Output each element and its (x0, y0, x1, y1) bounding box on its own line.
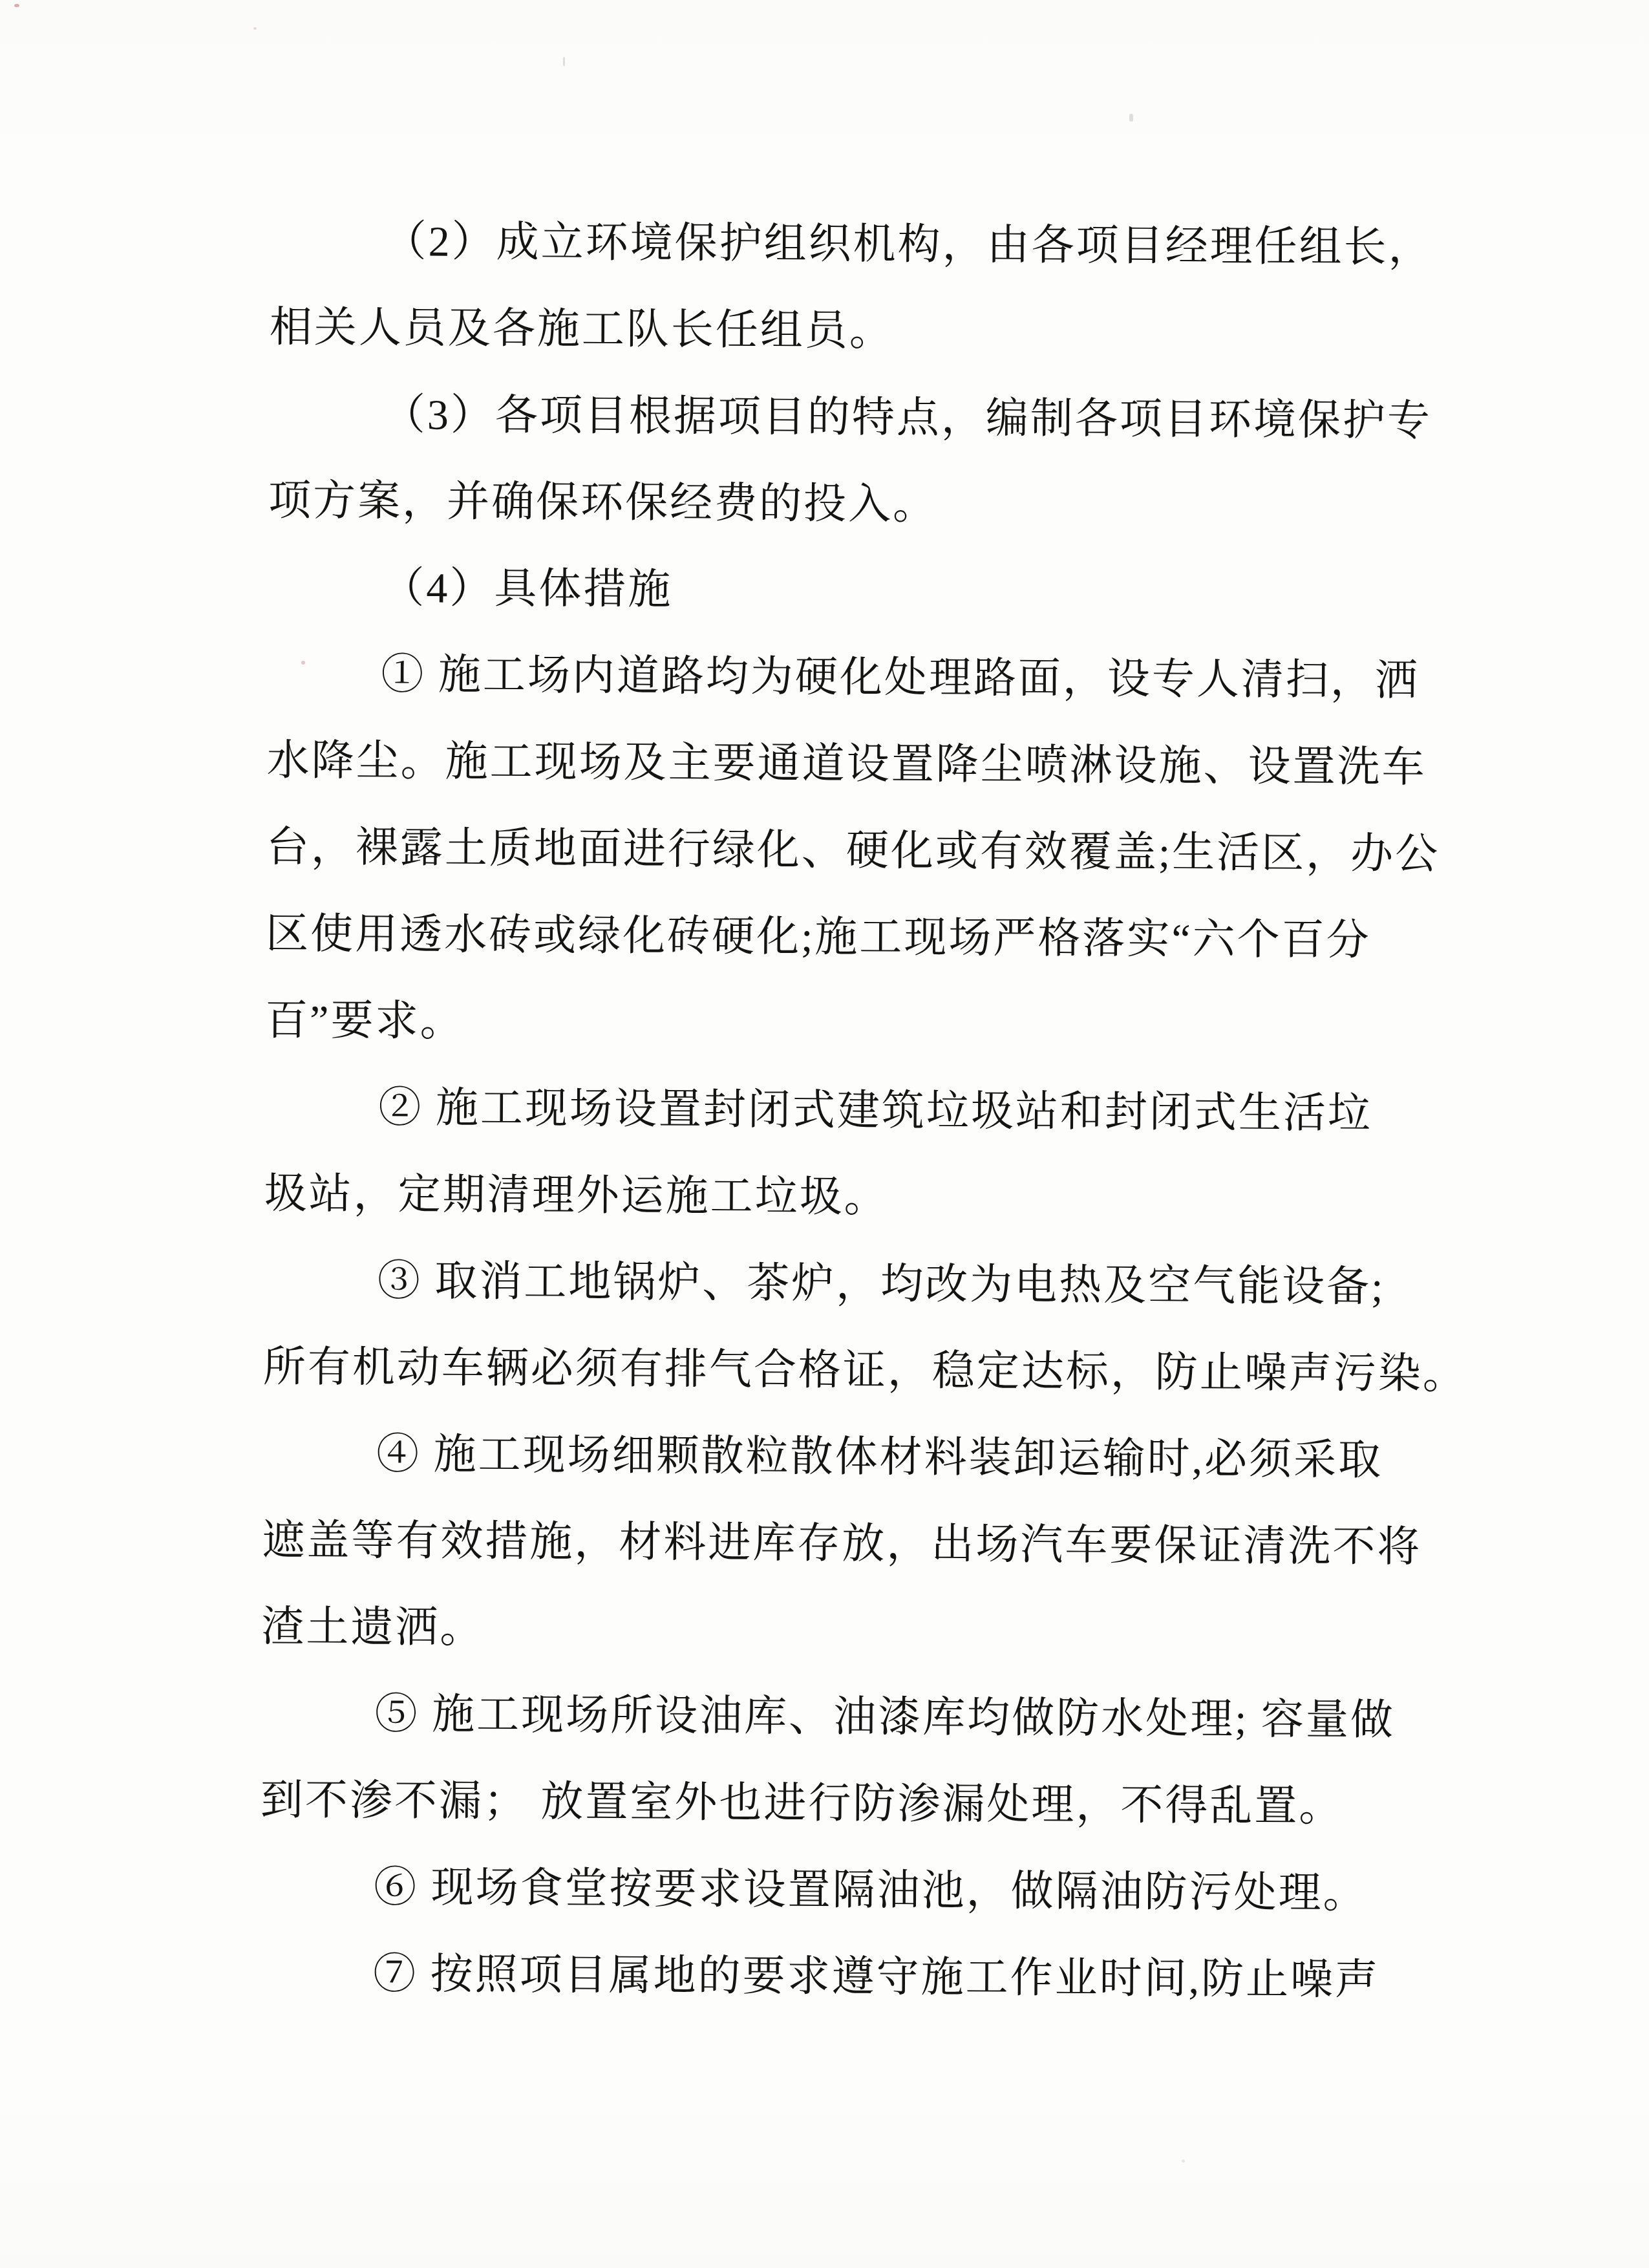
text-line: ③ 取消工地锅炉、茶炉，均改为电热及空气能设备; (263, 1237, 1557, 1332)
scan-speck (1182, 2159, 1185, 2163)
text-line: ⑥ 现场食堂按要求设置隔油池，做隔油防污处理。 (260, 1844, 1553, 1938)
text-line: 圾站，定期清理外运施工垃圾。 (264, 1151, 1557, 1245)
scan-speck (253, 27, 257, 30)
text-line: 所有机动车辆必须有排气合格证，稳定达标，防止噪声污染。 (263, 1324, 1557, 1418)
text-line: （2）成立环境保护组织机构，由各项目经理任组长， (270, 198, 1563, 292)
scan-speck (14, 4, 19, 7)
text-line: 遮盖等有效措施，材料进库存放，出场汽车要保证清洗不将 (262, 1497, 1555, 1592)
text-line: ① 施工场内道路均为硬化处理路面，设专人清扫，洒 (267, 631, 1560, 725)
text-line: 项方案，并确保环保经费的投入。 (268, 458, 1562, 552)
text-line: ④ 施工现场细颗散粒散体材料装卸运输时,必须采取 (262, 1411, 1556, 1505)
text-line: ② 施工现场设置封闭式建筑垃圾站和封闭式生活垃 (264, 1064, 1558, 1159)
scan-speck (1129, 114, 1133, 122)
text-line: 渣土遗洒。 (261, 1584, 1555, 1678)
text-line: 台，裸露土质地面进行绿化、硬化或有效覆盖;生活区，办公 (266, 804, 1559, 899)
text-line: 水降尘。施工现场及主要通道设置降尘喷淋设施、设置洗车 (266, 718, 1560, 812)
text-lines: （2）成立环境保护组织机构，由各项目经理任组长，相关人员及各施工队长任组员。（3… (259, 198, 1563, 2025)
text-block: （2）成立环境保护组织机构，由各项目经理任组长，相关人员及各施工队长任组员。（3… (259, 198, 1563, 2025)
scan-speck (563, 57, 565, 66)
text-line: 区使用透水砖或绿化砖硬化;施工现场严格落实“六个百分 (266, 891, 1559, 985)
text-line: ⑤ 施工现场所设油库、油漆库均做防水处理; 容量做 (261, 1671, 1554, 1765)
text-line: 百”要求。 (265, 978, 1559, 1072)
text-line: 相关人员及各施工队长任组员。 (269, 284, 1562, 379)
text-line: （3）各项目根据项目的特点，编制各项目环境保护专 (269, 371, 1562, 465)
text-line: 到不渗不漏； 放置室外也进行防渗漏处理，不得乱置。 (260, 1757, 1553, 1852)
document-page: （2）成立环境保护组织机构，由各项目经理任组长，相关人员及各施工队长任组员。（3… (0, 0, 1649, 2268)
text-line: （4）具体措施 (268, 544, 1561, 639)
text-line: ⑦ 按照项目属地的要求遵守施工作业时间,防止噪声 (259, 1931, 1553, 2025)
